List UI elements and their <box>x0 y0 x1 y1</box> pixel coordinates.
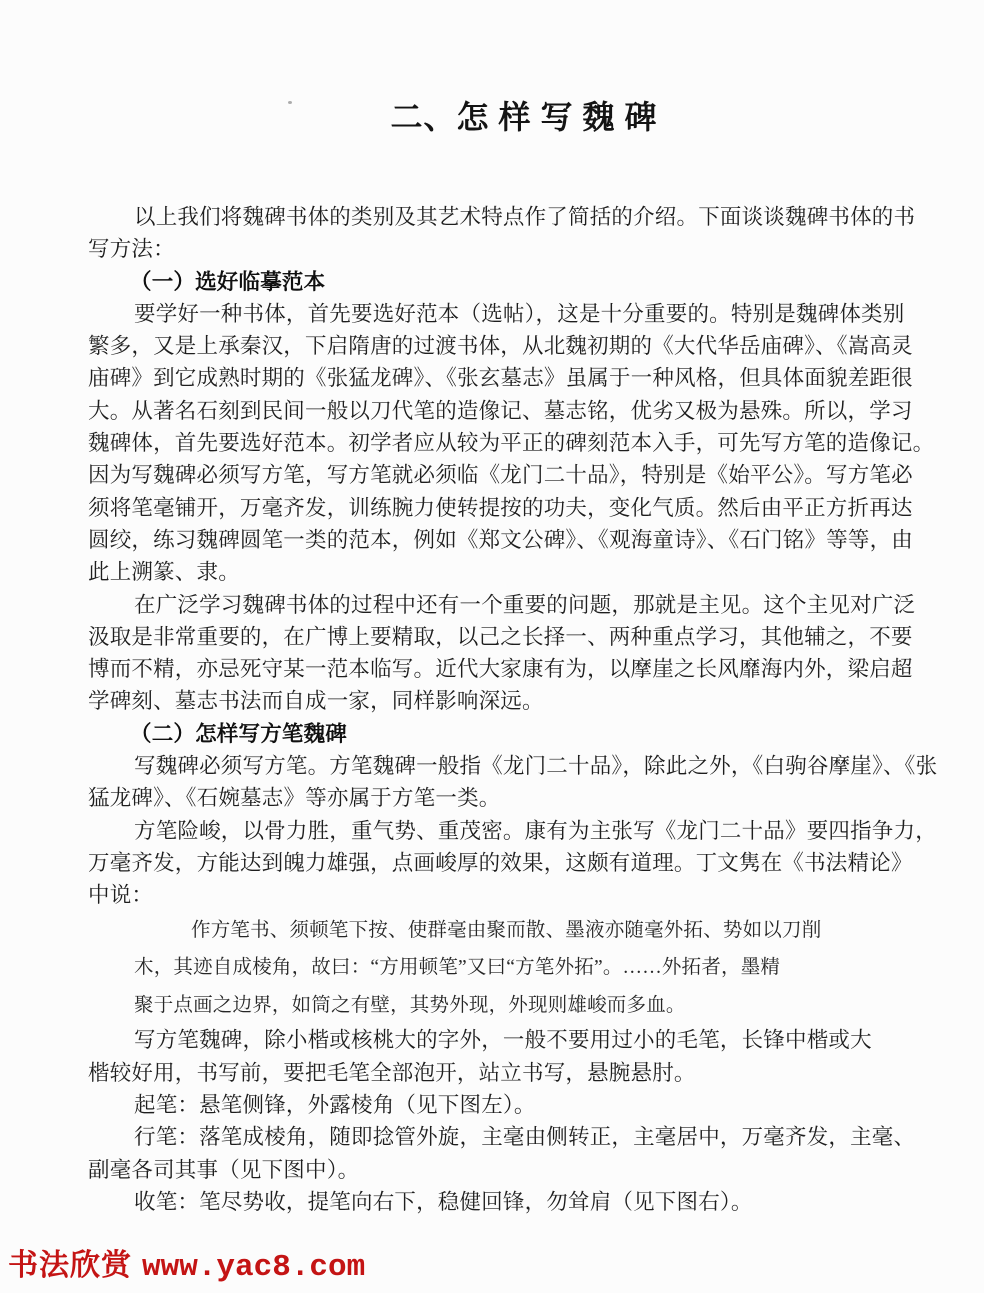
text-line: 方笔险峻，以骨力胜，重气势、重茂密。康有为主张写《龙门二十品》要四指争力， <box>88 815 948 847</box>
watermark-site-url: www.yac8.com <box>142 1250 365 1285</box>
watermark-site-name: 书法欣赏 <box>8 1249 132 1282</box>
text-line: 写方笔魏碑，除小楷或核桃大的字外，一般不要用过小的毛笔，长锋中楷或大 <box>88 1024 948 1056</box>
text-line: 要学好一种书体，首先要选好范本（选帖），这是十分重要的。特别是魏碑体类别 <box>88 298 948 330</box>
text-line: 学碑刻、墓志书法而自成一家，同样影响深远。 <box>88 685 948 717</box>
text-line: 博而不精，亦忌死守某一范本临写。近代大家康有为，以摩崖之长风靡海内外，梁启超 <box>88 653 948 685</box>
text-line: 大。从著名石刻到民间一般以刀代笔的造像记、墓志铭，优劣又极为悬殊。所以，学习 <box>88 395 948 427</box>
text-line: 写魏碑必须写方笔。方笔魏碑一般指《龙门二十品》，除此之外，《白驹谷摩崖》、《张 <box>88 750 948 782</box>
text-line: 在广泛学习魏碑书体的过程中还有一个重要的问题，那就是主见。这个主见对广泛 <box>88 589 948 621</box>
document-page: 二、怎 样 写 魏 碑 以上我们将魏碑书体的类别及其艺术特点作了简括的介绍。下面… <box>0 0 984 1293</box>
text-line: 庙碑》到它成熟时期的《张猛龙碑》、《张玄墓志》虽属于一种风格，但具体面貌差距很 <box>88 362 948 394</box>
text-line: 作方笔书、须顿笔下按、使群毫由聚而散、墨液亦随毫外拓、势如以刀削 <box>88 912 948 950</box>
text-line: 聚于点画之边界，如筒之有壁，其势外现，外现则雄峻而多血。 <box>88 987 948 1025</box>
watermark: 书法欣赏www.yac8.com <box>8 1240 365 1285</box>
text-line: 副毫各司其事（见下图中）。 <box>88 1154 948 1186</box>
text-line: 以上我们将魏碑书体的类别及其艺术特点作了简括的介绍。下面谈谈魏碑书体的书 <box>88 201 948 233</box>
text-line: 汲取是非常重要的，在广博上要精取，以己之长择一、两种重点学习，其他辅之，不要 <box>88 621 948 653</box>
text-line: 木，其迹自成棱角，故曰：“方用顿笔”又曰“方笔外拓”。……外拓者，墨精 <box>88 949 948 987</box>
text-line: 魏碑体，首先要选好范本。初学者应从较为平正的碑刻范本入手，可先写方笔的造像记。 <box>88 427 948 459</box>
text-line: 起笔：悬笔侧锋，外露棱角（见下图左）。 <box>88 1089 948 1121</box>
text-line: 中说： <box>88 879 948 911</box>
section-heading: （一）选好临摹范本 <box>88 266 948 298</box>
text-line: 圆绞，练习魏碑圆笔一类的范本，例如《郑文公碑》、《观海童诗》、《石门铭》等等，由 <box>88 524 948 556</box>
text-line: 须将笔毫铺开，万毫齐发，训练腕力使转提按的功夫，变化气质。然后由平正方折再达 <box>88 492 948 524</box>
text-line: 繁多，又是上承秦汉，下启隋唐的过渡书体，从北魏初期的《大代华岳庙碑》、《嵩高灵 <box>88 330 948 362</box>
text-line: 此上溯篆、隶。 <box>88 556 948 588</box>
text-line: 收笔：笔尽势收，提笔向右下，稳健回锋，勿耸肩（见下图右）。 <box>88 1186 948 1218</box>
text-line: 万毫齐发，方能达到魄力雄强，点画峻厚的效果，这颇有道理。丁文隽在《书法精论》 <box>88 847 948 879</box>
section-heading: （二）怎样写方笔魏碑 <box>88 718 948 750</box>
text-block: 以上我们将魏碑书体的类别及其艺术特点作了简括的介绍。下面谈谈魏碑书体的书写方法：… <box>88 201 948 1218</box>
text-line: 写方法： <box>88 233 948 265</box>
text-line: 行笔：落笔成棱角，随即捻管外旋，主毫由侧转正，主毫居中，万毫齐发，主毫、 <box>88 1121 948 1153</box>
page-title: 二、怎 样 写 魏 碑 <box>0 92 984 138</box>
text-line: 楷较好用，书写前，要把毛笔全部泡开，站立书写，悬腕悬肘。 <box>88 1057 948 1089</box>
text-line: 猛龙碑》、《石婉墓志》等亦属于方笔一类。 <box>88 782 948 814</box>
text-line: 因为写魏碑必须写方笔，写方笔就必须临《龙门二十品》，特别是《始平公》。写方笔必 <box>88 459 948 491</box>
